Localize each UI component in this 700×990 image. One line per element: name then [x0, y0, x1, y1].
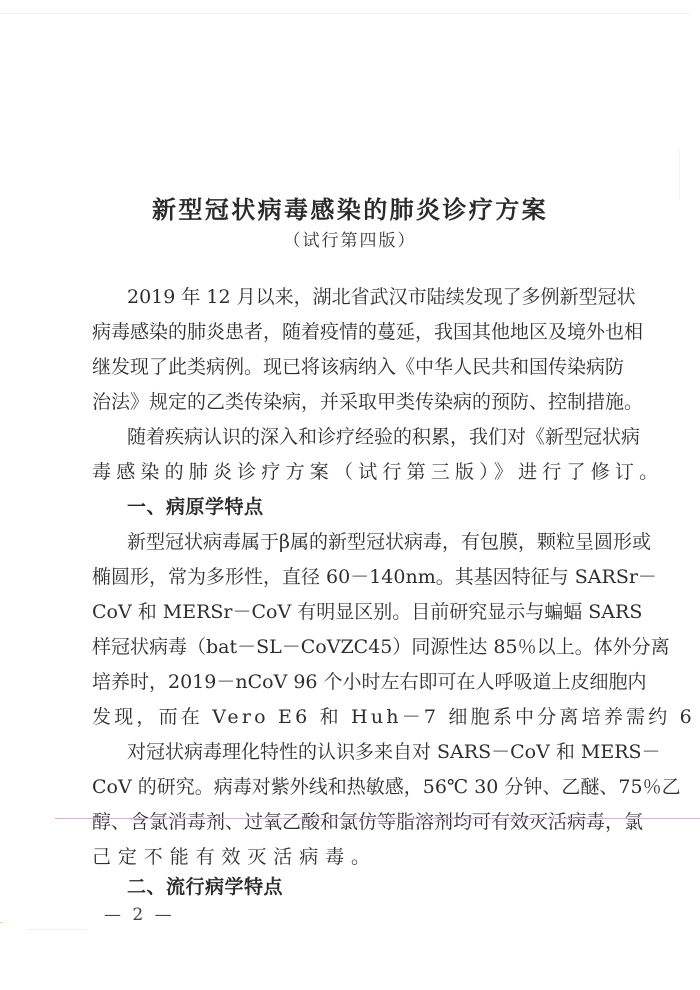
paragraph-line: 新型冠状病毒属于β属的新型冠状病毒，有包膜，颗粒呈圆形或	[127, 527, 608, 557]
margin-mark	[0, 922, 3, 923]
paragraph-line: 2019 年 12 月以来，湖北省武汉市陆续发现了多例新型冠状	[127, 282, 608, 312]
paragraph-line: 对冠状病毒理化特性的认识多来自对 SARS－CoV 和 MERS－	[127, 737, 608, 767]
paragraph-line: 继发现了此类病例。现已将该病纳入《中华人民共和国传染病防	[92, 352, 608, 382]
document-title: 新型冠状病毒感染的肺炎诊疗方案	[0, 194, 700, 226]
paragraph-line: 己定不能有效灭活病毒。	[92, 842, 608, 872]
paragraph-line: 治法》规定的乙类传染病，并采取甲类传染病的预防、控制措施。	[92, 387, 608, 417]
page-number: — 2 —	[104, 903, 175, 927]
paragraph-line: 发现，而在 Vero E6 和 Huh－7 细胞系中分离培养需约 6 天。	[92, 702, 608, 732]
section-heading: 二、流行病学特点	[127, 872, 283, 902]
paragraph-line: 随着疾病认识的深入和诊疗经验的积累，我们对《新型冠状病	[127, 422, 608, 452]
annotation-rule	[55, 818, 700, 819]
scan-edge	[679, 150, 680, 200]
paragraph-line: 培养时，2019－nCoV 96 个小时左右即可在人呼吸道上皮细胞内	[92, 667, 608, 697]
paragraph-line: 毒感染的肺炎诊疗方案（试行第三版）》进行了修订。	[92, 457, 608, 487]
document-subtitle: （试行第四版）	[0, 229, 700, 253]
paragraph-line: CoV 和 MERSr－CoV 有明显区别。目前研究显示与蝙蝠 SARS	[92, 597, 608, 627]
scan-edge	[0, 13, 690, 14]
paragraph-line: 样冠状病毒（bat－SL－CoVZC45）同源性达 85％以上。体外分离	[92, 632, 608, 662]
section-heading: 一、病原学特点	[127, 492, 264, 522]
paragraph-line: 椭圆形，常为多形性，直径 60－140nm。其基因特征与 SARSr－	[92, 562, 608, 592]
paragraph-line: CoV 的研究。病毒对紫外线和热敏感，56℃ 30 分钟、乙醚、75％乙	[92, 772, 608, 802]
document-page: 新型冠状病毒感染的肺炎诊疗方案 （试行第四版） 2019 年 12 月以来，湖北…	[0, 0, 700, 990]
paragraph-line: 醇、含氯消毒剂、过氧乙酸和氯仿等脂溶剂均可有效灭活病毒，氯	[92, 807, 608, 837]
paragraph-line: 病毒感染的肺炎患者，随着疫情的蔓延，我国其他地区及境外也相	[92, 317, 608, 347]
margin-mark	[27, 929, 87, 930]
